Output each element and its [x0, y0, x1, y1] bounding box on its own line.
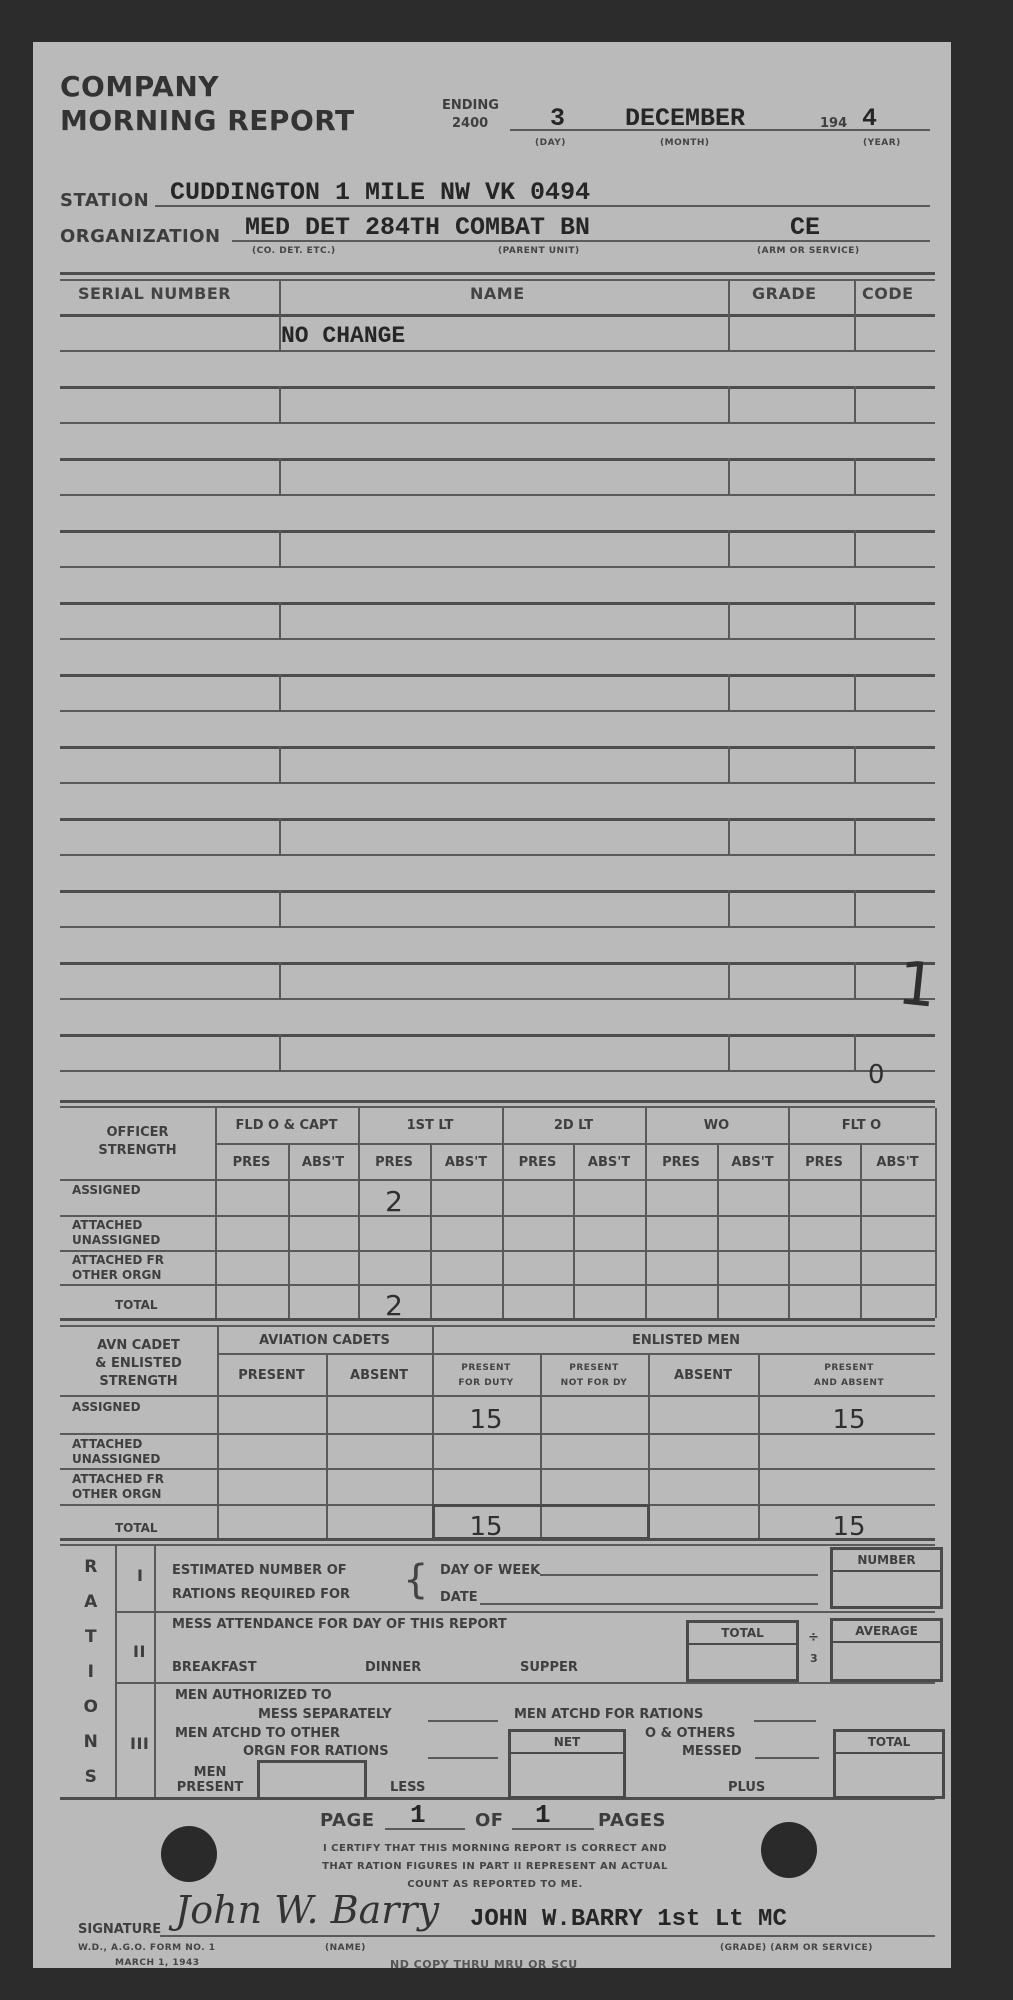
- ending-time: 2400: [452, 116, 488, 131]
- aviation-cadets-header: AVIATION CADETS: [217, 1333, 432, 1348]
- o-others-label: O & OTHERS: [645, 1726, 736, 1741]
- organization-arm: CE: [790, 213, 820, 242]
- roster-column-divider: [854, 1034, 856, 1070]
- roster-column-divider: [854, 602, 856, 638]
- enlisted-count-cell[interactable]: [432, 1468, 540, 1504]
- enlisted-count-cell[interactable]: [540, 1433, 648, 1468]
- roster-column-divider: [728, 962, 730, 998]
- supper-label: SUPPER: [520, 1660, 578, 1675]
- roster-row-line: [60, 314, 935, 317]
- officer-count-cell[interactable]: [788, 1250, 860, 1284]
- grade-arm-caption: (GRADE) (ARM OR SERVICE): [720, 1943, 873, 1953]
- officer-count-cell[interactable]: [502, 1215, 573, 1250]
- officer-count-cell[interactable]: [215, 1284, 288, 1318]
- roster-column-divider: [728, 818, 730, 854]
- roster-row-line: [60, 1034, 935, 1037]
- roster-column-divider: [279, 602, 281, 638]
- roster-column-divider: [854, 458, 856, 494]
- officer-strength-title: OFFICER: [60, 1124, 215, 1142]
- officer-group-header: 1ST LT: [358, 1108, 502, 1142]
- officer-bottom-rule-2: [60, 1325, 935, 1327]
- officer-count-cell[interactable]: [645, 1180, 717, 1215]
- form-number: W.D., A.G.O. FORM NO. 1: [78, 1943, 216, 1953]
- officer-count-cell[interactable]: 2: [358, 1284, 430, 1318]
- routing-stamp: ND COPY THRU MRU OR SCU: [390, 1958, 578, 1971]
- brace-icon: {: [403, 1556, 428, 1604]
- roster-row-line: [60, 818, 935, 821]
- enlisted-bottom-rule: [60, 1538, 935, 1541]
- officer-count-cell[interactable]: [215, 1250, 288, 1284]
- mess-total-box[interactable]: TOTAL: [686, 1620, 799, 1682]
- officer-count-cell[interactable]: [788, 1284, 860, 1318]
- officer-row-label: ATTACHED UNASSIGNED: [72, 1218, 212, 1248]
- roster-column-divider: [728, 602, 730, 638]
- enlisted-column-header-line2: NOT FOR DY: [561, 1378, 628, 1388]
- rations-divider: [154, 1546, 156, 1798]
- officer-count-cell[interactable]: [358, 1215, 430, 1250]
- divide-by-value: 3: [810, 1652, 818, 1665]
- roster-column-divider: [279, 1034, 281, 1070]
- enlisted-count-cell[interactable]: [648, 1468, 758, 1504]
- officer-count-cell[interactable]: [645, 1284, 717, 1318]
- col-header-code: CODE: [862, 284, 914, 303]
- station-label: STATION: [60, 190, 149, 211]
- officer-count-cell[interactable]: [573, 1250, 645, 1284]
- page-label: PAGE: [320, 1810, 375, 1831]
- rations-required-label: RATIONS REQUIRED FOR: [172, 1587, 350, 1602]
- rations-side-letter: A: [78, 1585, 104, 1620]
- roster-column-divider: [854, 314, 856, 350]
- roster-column-divider: [854, 818, 856, 854]
- margin-mark-1: 1: [894, 948, 939, 1022]
- roster-divider: [854, 280, 856, 316]
- roster-row-line: [60, 422, 935, 424]
- officer-count-cell[interactable]: [717, 1180, 788, 1215]
- enlisted-title-2: & ENLISTED: [60, 1355, 217, 1373]
- roster-column-divider: [728, 386, 730, 422]
- roster-column-divider: [728, 746, 730, 782]
- enlisted-count-cell[interactable]: [326, 1468, 432, 1504]
- enlisted-column-header-line2: FOR DUTY: [458, 1378, 513, 1388]
- organization-unit: MED DET 284TH COMBAT BN: [245, 213, 590, 242]
- enlisted-count-cell[interactable]: 15: [758, 1396, 940, 1433]
- enlisted-column-header-line1: PRESENT: [461, 1363, 510, 1373]
- rations-rule: [115, 1611, 935, 1613]
- enlisted-count-cell[interactable]: [217, 1504, 326, 1540]
- officer-count-cell[interactable]: [358, 1250, 430, 1284]
- officer-subcolumn-header: PRES: [502, 1145, 573, 1179]
- enlisted-count-cell[interactable]: 15: [432, 1396, 540, 1433]
- rations-divider: [115, 1546, 117, 1798]
- total-pages-field: [512, 1828, 594, 1830]
- binder-hole-right: [761, 1822, 817, 1878]
- breakfast-label: BREAKFAST: [172, 1660, 257, 1675]
- roster-column-divider: [854, 530, 856, 566]
- enlisted-row-label: ATTACHED FR OTHER ORGN: [72, 1472, 212, 1502]
- orgn-for-rations-field[interactable]: [428, 1757, 498, 1759]
- enlisted-title-3: STRENGTH: [60, 1373, 217, 1391]
- year-caption: (YEAR): [863, 138, 901, 148]
- officer-count-cell[interactable]: [215, 1180, 288, 1215]
- officer-count-cell[interactable]: 2: [358, 1180, 430, 1215]
- messed-label: MESSED: [682, 1744, 742, 1759]
- less-label: LESS: [390, 1780, 425, 1795]
- rations-total-label: TOTAL: [836, 1732, 942, 1754]
- officer-count-cell[interactable]: [430, 1284, 502, 1318]
- date-field[interactable]: [480, 1603, 818, 1605]
- enlisted-count-cell[interactable]: [540, 1468, 648, 1504]
- enlisted-total-highlight-box: [432, 1504, 650, 1540]
- parent-unit-caption: (PARENT UNIT): [498, 246, 580, 256]
- col-header-serial-number: SERIAL NUMBER: [78, 284, 231, 303]
- officer-count-cell[interactable]: [717, 1284, 788, 1318]
- roster-bottom-rule: [60, 1100, 935, 1103]
- unit-caption: (CO. DET. ETC.): [252, 246, 336, 256]
- roster-row-line: [60, 746, 935, 749]
- officer-subcolumn-header: PRES: [788, 1145, 860, 1179]
- enlisted-men-header: ENLISTED MEN: [432, 1333, 940, 1348]
- day-of-week-field[interactable]: [540, 1574, 818, 1576]
- divide-icon: ÷: [808, 1630, 819, 1645]
- roster-row-line: [60, 962, 935, 965]
- year-prefix: 194: [820, 116, 847, 131]
- officer-subcolumn-header: ABS'T: [288, 1145, 358, 1179]
- officer-count-cell[interactable]: [860, 1180, 935, 1215]
- typed-name-grade: JOHN W.BARRY 1st Lt MC: [470, 1906, 787, 1933]
- enlisted-count-cell[interactable]: [648, 1433, 758, 1468]
- officer-subcolumn-header: PRES: [645, 1145, 717, 1179]
- report-day: 3: [550, 104, 565, 133]
- roster-column-divider: [279, 818, 281, 854]
- roster-row-line: [60, 530, 935, 533]
- roster-row-line: [60, 386, 935, 389]
- officer-count-cell[interactable]: [573, 1180, 645, 1215]
- officer-subcolumn-header: ABS'T: [717, 1145, 788, 1179]
- officer-row-label: ATTACHED FR OTHER ORGN: [72, 1253, 212, 1283]
- officer-count-cell[interactable]: [645, 1250, 717, 1284]
- enlisted-count-cell[interactable]: [326, 1396, 432, 1433]
- enlisted-count-cell[interactable]: [758, 1468, 940, 1504]
- roster-divider: [728, 280, 730, 316]
- roster-row-line: [60, 1070, 935, 1072]
- month-caption: (MONTH): [660, 138, 710, 148]
- section-ii-numeral: II: [133, 1642, 146, 1661]
- roster-column-divider: [279, 674, 281, 710]
- enlisted-column-header-line1: PRESENT: [238, 1368, 304, 1383]
- enlisted-column-header-line1: ABSENT: [674, 1368, 732, 1383]
- officer-count-cell[interactable]: [430, 1180, 502, 1215]
- section-i-numeral: I: [137, 1566, 143, 1585]
- roster-column-divider: [728, 530, 730, 566]
- average-label: AVERAGE: [833, 1621, 940, 1643]
- officer-group-header: 2D LT: [502, 1108, 645, 1142]
- date-label: DATE: [440, 1590, 478, 1605]
- enlisted-count-cell[interactable]: [540, 1396, 648, 1433]
- enlisted-count-cell[interactable]: [648, 1504, 758, 1540]
- officer-subcolumn-header: PRES: [358, 1145, 430, 1179]
- mess-attendance-label: MESS ATTENDANCE FOR DAY OF THIS REPORT: [172, 1617, 507, 1632]
- binder-hole-left: [161, 1826, 217, 1882]
- report-month: DECEMBER: [625, 104, 745, 133]
- enlisted-column-header-line2: AND ABSENT: [814, 1378, 884, 1388]
- roster-row-line: [60, 350, 935, 352]
- rations-rule: [115, 1682, 935, 1684]
- enlisted-column-header: PRESENTAND ABSENT: [758, 1356, 940, 1394]
- roster-column-divider: [279, 458, 281, 494]
- officer-count-cell[interactable]: [717, 1215, 788, 1250]
- officer-count-cell[interactable]: [430, 1215, 502, 1250]
- average-box[interactable]: AVERAGE: [830, 1618, 943, 1682]
- officer-count-cell[interactable]: [430, 1250, 502, 1284]
- rations-total-box[interactable]: TOTAL: [833, 1729, 945, 1799]
- officer-strength-title-2: STRENGTH: [60, 1142, 215, 1160]
- roster-column-divider: [279, 386, 281, 422]
- officer-count-cell[interactable]: [502, 1180, 573, 1215]
- enlisted-count-cell[interactable]: [217, 1396, 326, 1433]
- arm-caption: (ARM OR SERVICE): [757, 246, 860, 256]
- roster-column-divider: [728, 674, 730, 710]
- officer-count-cell[interactable]: [288, 1215, 358, 1250]
- men-atchd-for-rations-field[interactable]: [754, 1720, 816, 1722]
- enlisted-column-header: PRESENT: [217, 1356, 326, 1394]
- enlisted-row-label: ASSIGNED: [72, 1400, 212, 1415]
- officer-subcolumn-header: PRES: [215, 1145, 288, 1179]
- signature-label: SIGNATURE: [78, 1922, 161, 1937]
- officer-count-cell[interactable]: [288, 1180, 358, 1215]
- enlisted-column-header: PRESENTFOR DUTY: [432, 1356, 540, 1394]
- roster-row-line: [60, 782, 935, 784]
- men-atchd-other-label: MEN ATCHD TO OTHER: [175, 1726, 340, 1741]
- enlisted-count-cell[interactable]: [217, 1468, 326, 1504]
- officer-count-cell[interactable]: [573, 1284, 645, 1318]
- roster-column-divider: [854, 890, 856, 926]
- net-label: NET: [511, 1732, 623, 1754]
- rations-side-letter: T: [78, 1620, 104, 1655]
- roster-column-divider: [728, 458, 730, 494]
- enlisted-column-header-line1: PRESENT: [569, 1363, 618, 1373]
- officer-group-header: FLT O: [788, 1108, 935, 1142]
- signature-line: [160, 1935, 935, 1937]
- roster-column-divider: [854, 674, 856, 710]
- officer-subcolumn-header: ABS'T: [430, 1145, 502, 1179]
- officer-subcolumn-header: ABS'T: [860, 1145, 935, 1179]
- roster-column-divider: [854, 746, 856, 782]
- rations-bottom-rule: [60, 1797, 935, 1800]
- roster-column-divider: [279, 530, 281, 566]
- roster-row-line: [60, 674, 935, 677]
- enlisted-column-header-line1: PRESENT: [824, 1363, 873, 1373]
- officer-subcolumn-header: ABS'T: [573, 1145, 645, 1179]
- section-iii-numeral: III: [130, 1734, 149, 1753]
- officer-count-cell[interactable]: [502, 1250, 573, 1284]
- officer-table-line: [215, 1143, 935, 1145]
- roster-row-line: [60, 854, 935, 856]
- roster-column-divider: [279, 746, 281, 782]
- roster-row-line: [60, 602, 935, 605]
- morning-report-form: [33, 42, 951, 1968]
- name-caption: (NAME): [325, 1943, 366, 1953]
- rations-side-letter: S: [78, 1760, 104, 1795]
- officer-row-label: ASSIGNED: [72, 1183, 212, 1198]
- officer-count-cell[interactable]: [860, 1215, 935, 1250]
- col-header-grade: GRADE: [752, 284, 817, 303]
- form-title-morning-report: MORNING REPORT: [60, 104, 355, 137]
- officer-count-cell[interactable]: [645, 1215, 717, 1250]
- roster-row-line: [60, 926, 935, 928]
- roster-top-rule: [60, 272, 935, 275]
- col-header-name: NAME: [470, 284, 525, 303]
- rations-side-letter: I: [78, 1655, 104, 1690]
- mess-separately-label: MESS SEPARATELY: [258, 1707, 392, 1722]
- total-pages: 1: [535, 1800, 551, 1830]
- margin-mark-0: 0: [868, 1060, 885, 1090]
- enlisted-count-cell[interactable]: [326, 1504, 432, 1540]
- mess-separately-field[interactable]: [428, 1720, 498, 1722]
- officer-count-cell[interactable]: [288, 1284, 358, 1318]
- enlisted-column-header-line1: ABSENT: [350, 1368, 408, 1383]
- officer-count-cell[interactable]: [573, 1215, 645, 1250]
- enlisted-count-cell[interactable]: [758, 1433, 940, 1468]
- enlisted-table-line: [217, 1353, 935, 1355]
- enlisted-column-header: PRESENTNOT FOR DY: [540, 1356, 648, 1394]
- certification-line-2: THAT RATION FIGURES IN PART II REPRESENT…: [270, 1858, 720, 1876]
- roster-column-divider: [728, 314, 730, 350]
- roster-row-line: [60, 890, 935, 893]
- officer-count-cell[interactable]: [717, 1250, 788, 1284]
- men-atchd-for-rations-label: MEN ATCHD FOR RATIONS: [514, 1707, 703, 1722]
- officer-bottom-rule: [60, 1318, 935, 1321]
- estimated-number-label: ESTIMATED NUMBER OF: [172, 1563, 347, 1578]
- officer-table-divider: [935, 1108, 937, 1318]
- officer-count-cell[interactable]: [788, 1180, 860, 1215]
- roster-row-line: [60, 638, 935, 640]
- enlisted-count-cell[interactable]: [217, 1433, 326, 1468]
- certification-line-1: I CERTIFY THAT THIS MORNING REPORT IS CO…: [270, 1840, 720, 1858]
- orgn-for-rations-label: ORGN FOR RATIONS: [243, 1744, 389, 1759]
- men-present-label: MEN: [160, 1765, 260, 1780]
- enlisted-bottom-rule-2: [60, 1544, 935, 1546]
- roster-divider: [279, 280, 281, 316]
- rations-side-letter: N: [78, 1725, 104, 1760]
- officer-count-cell[interactable]: [788, 1215, 860, 1250]
- messed-field[interactable]: [755, 1757, 819, 1759]
- roster-row-line: [60, 710, 935, 712]
- plus-label: PLUS: [728, 1780, 765, 1795]
- officer-count-cell[interactable]: [215, 1215, 288, 1250]
- enlisted-row-label: ATTACHED UNASSIGNED: [72, 1437, 212, 1467]
- dinner-label: DINNER: [365, 1660, 421, 1675]
- men-authorized-label: MEN AUTHORIZED TO: [175, 1688, 332, 1703]
- form-title-company: COMPANY: [60, 70, 219, 103]
- roster-column-divider: [728, 1034, 730, 1070]
- officer-count-cell[interactable]: [288, 1250, 358, 1284]
- enlisted-column-header: ABSENT: [326, 1356, 432, 1394]
- of-label: OF: [475, 1810, 504, 1831]
- page-number: 1: [410, 1800, 426, 1830]
- officer-group-header: FLD O & CAPT: [215, 1108, 358, 1142]
- station-value: CUDDINGTON 1 MILE NW VK 0494: [170, 178, 590, 207]
- pages-label: PAGES: [598, 1810, 666, 1831]
- enlisted-count-cell[interactable]: 15: [758, 1504, 940, 1540]
- day-of-week-label: DAY OF WEEK: [440, 1563, 540, 1578]
- roster-column-divider: [728, 890, 730, 926]
- enlisted-count-cell[interactable]: [648, 1396, 758, 1433]
- rations-side-letter: R: [78, 1550, 104, 1585]
- officer-count-cell[interactable]: [502, 1284, 573, 1318]
- officer-count-cell[interactable]: [860, 1284, 935, 1318]
- roster-row-line: [60, 458, 935, 461]
- enlisted-column-header: ABSENT: [648, 1356, 758, 1394]
- roster-top-rule-2: [60, 279, 935, 281]
- roster-entry-name: NO CHANGE: [281, 323, 405, 349]
- number-box-label: NUMBER: [833, 1550, 940, 1572]
- roster-row-line: [60, 494, 935, 496]
- enlisted-title-1: AVN CADET: [60, 1337, 217, 1355]
- ending-label: ENDING: [442, 98, 499, 113]
- mess-total-label: TOTAL: [689, 1623, 796, 1645]
- officer-count-cell[interactable]: [860, 1250, 935, 1284]
- rations-side-label: RATIONS: [78, 1550, 104, 1795]
- men-present-label-2: PRESENT: [160, 1780, 260, 1795]
- form-date: MARCH 1, 1943: [115, 1958, 200, 1968]
- number-box[interactable]: NUMBER: [830, 1547, 943, 1609]
- enlisted-count-cell[interactable]: [326, 1433, 432, 1468]
- roster-column-divider: [854, 962, 856, 998]
- signature: John W. Barry: [175, 1888, 439, 1932]
- report-year-digit: 4: [862, 104, 877, 133]
- roster-column-divider: [854, 386, 856, 422]
- organization-label: ORGANIZATION: [60, 226, 221, 247]
- roster-column-divider: [279, 890, 281, 926]
- enlisted-count-cell[interactable]: [432, 1433, 540, 1468]
- day-caption: (DAY): [535, 138, 566, 148]
- net-box[interactable]: NET: [508, 1729, 626, 1799]
- rations-side-letter: O: [78, 1690, 104, 1725]
- roster-column-divider: [279, 962, 281, 998]
- roster-row-line: [60, 998, 935, 1000]
- men-present-box[interactable]: [257, 1760, 367, 1800]
- roster-row-line: [60, 566, 935, 568]
- officer-group-header: WO: [645, 1108, 788, 1142]
